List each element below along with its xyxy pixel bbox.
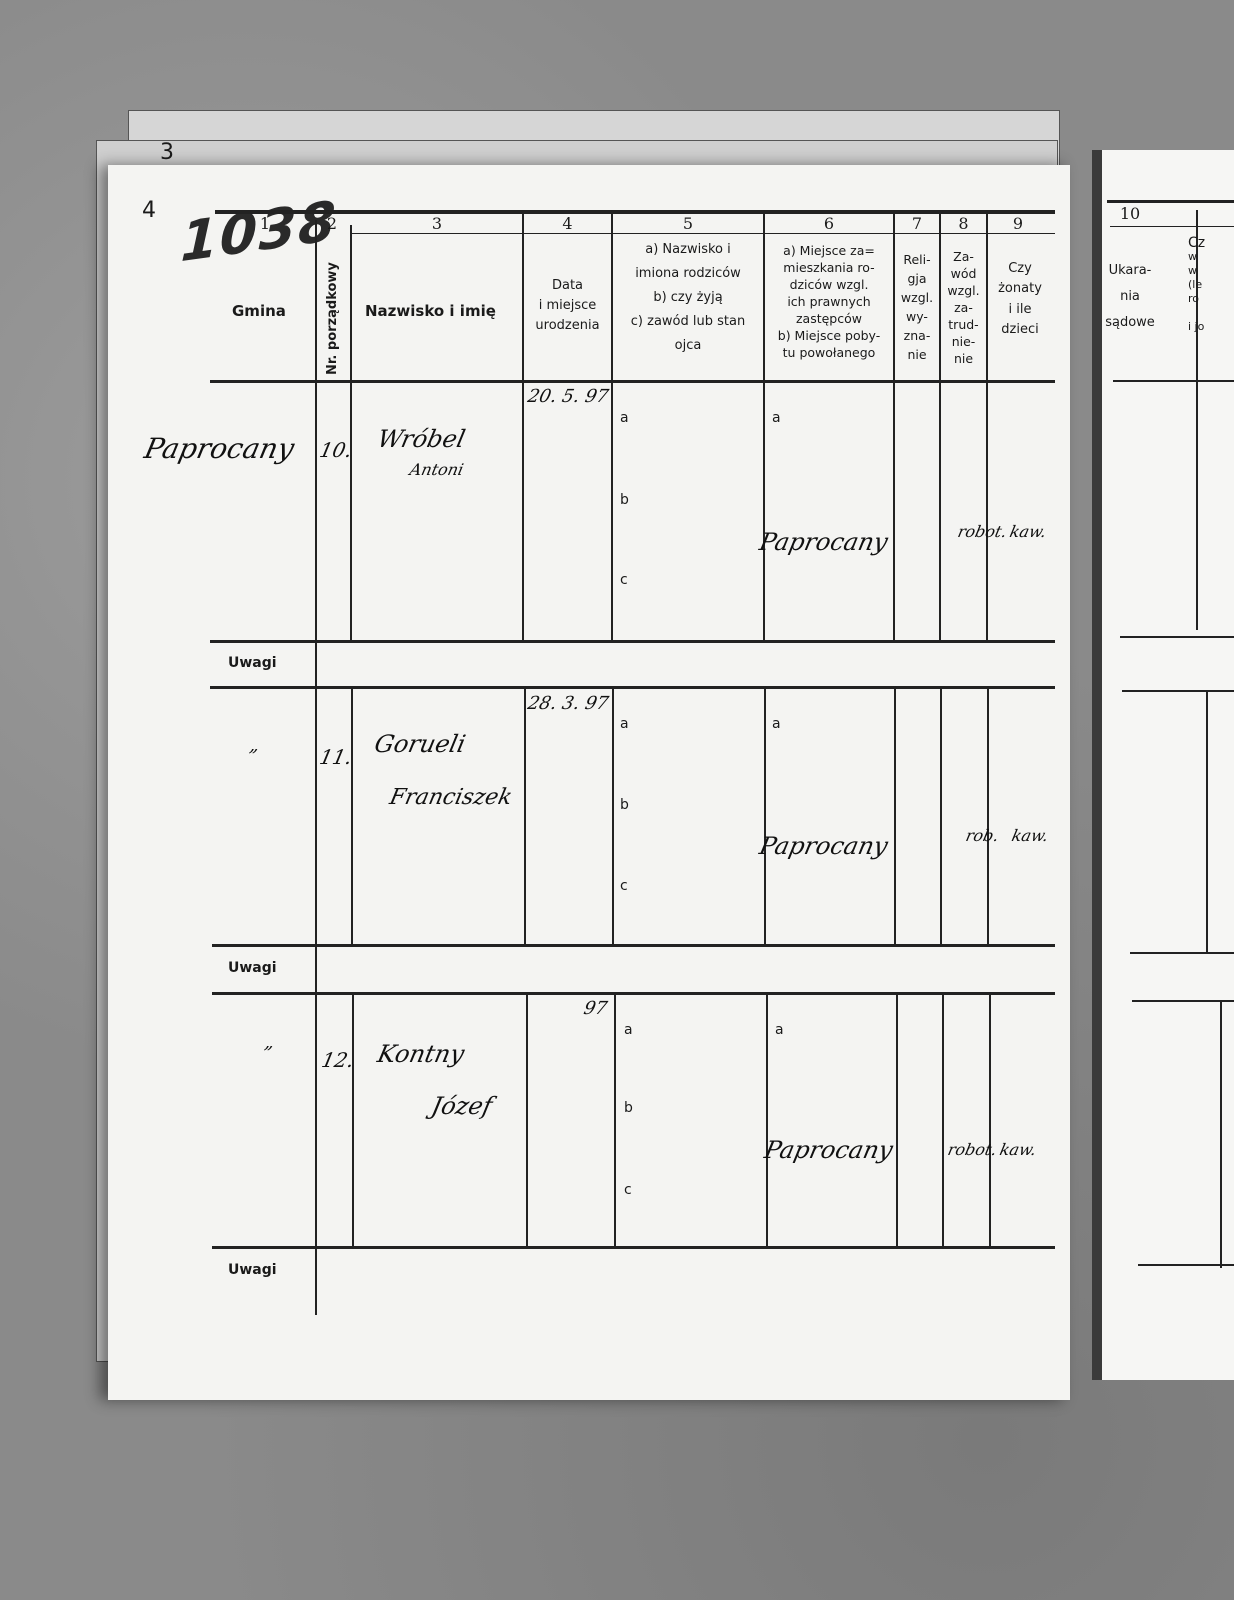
header-col6-l6: b) Miejsce poby- [765,327,893,344]
header-col8-l1: Za- [941,248,986,265]
entry-1-gmina: Paprocany [141,432,297,465]
entry-3-given-name: Józef [429,1092,495,1120]
header-col8-l2: wód [941,265,986,282]
facing-uwagi1-bottom [1122,690,1234,692]
col-divider-3-r3 [526,994,528,1248]
entry-3-col5-a: a [624,1022,633,1038]
header-col4-l1: Data [524,276,611,296]
header-col8-l6: nie- [941,333,986,350]
entry-1-col5-c: c [620,572,628,588]
entry-1-col5-a: a [620,410,629,426]
header-col8: Za- wód wzgl. za- trud- nie- nie [941,248,986,367]
header-gmina: Gmina [232,302,286,320]
header-col9: Czy żonaty i ile dzieci [988,255,1052,337]
header-col8-l3: wzgl. [941,282,986,299]
col-divider-5-r2 [764,688,766,944]
entry-2-nr: 11. [317,745,354,769]
header-col7-l5: zna- [895,326,939,345]
header-bottom-rule [210,380,1055,383]
header-col8-l4: za- [941,299,986,316]
entry-2-col5-b: b [620,797,629,813]
entry-2-col5-a: a [620,716,629,732]
header-col6-l7: tu powołanego [765,344,893,361]
entry-1-residence: Paprocany [757,528,890,556]
header-col6-l3: dziców wzgl. [765,276,893,293]
row2-bottom-rule [212,944,1055,947]
header-col9-l4: dzieci [988,323,1052,337]
page-mark-top: 3 [160,140,174,165]
header-col8-l7: nie [941,350,986,367]
col-divider-6-r2 [894,688,896,944]
entry-2-remarks-label: Uwagi [228,960,277,976]
header-col4-l2: i miejsce [524,296,611,316]
entry-2-col5-c: c [620,878,628,894]
col-divider-7-r2 [940,688,942,944]
facing-top-rule [1107,200,1234,203]
facing-col-divider-r3 [1220,1002,1222,1268]
col-divider-4-r3 [614,994,616,1248]
entry-2-residence: Paprocany [757,832,890,860]
entry-2-given-name: Franciszek [387,785,514,810]
facing-row3-bottom [1138,1264,1234,1266]
page-mark-side: 4 [142,198,156,223]
entry-1-birth-date: 20. 5. 97 [526,386,611,407]
header-col7-l6: nie [895,345,939,364]
col-num-4: 4 [524,214,611,233]
entry-3-col5-b: b [624,1100,633,1116]
entry-2-birth-date: 28. 3. 97 [526,693,611,714]
header-col10-l3: sądowe [1098,310,1162,336]
entry-2-occupation: rob. [964,826,1001,845]
col-num-2: 2 [322,214,342,233]
col-divider-6-r3 [896,994,898,1248]
entry-3-col6-a: a [775,1022,784,1038]
entry-3-remarks-label: Uwagi [228,1262,277,1278]
entry-1-col6-a: a [772,410,781,426]
facing-header-bottom [1113,380,1234,382]
facing-uwagi2-bottom [1132,1000,1234,1002]
entry-3-birth-date: 97 [582,998,609,1019]
col-num-5: 5 [613,214,763,233]
header-col11-partial: Cz w w (le ro i jo [1188,236,1234,334]
facing-row2-bottom [1130,952,1234,954]
header-col7-l3: wzgl. [895,288,939,307]
col-divider-3-r2 [524,688,526,944]
entry-2-col6-a: a [772,716,781,732]
entry-1-given-name: Antoni [408,460,465,479]
entry-1-occupation: robot. [956,522,1009,541]
header-col6-l4: ich prawnych [765,293,893,310]
entry-2-surname: Gorueli [372,730,468,758]
col-num-1: 1 [255,214,275,233]
col-divider-2-r2 [351,688,353,944]
header-col4-l3: urodzenia [524,316,611,336]
entry-1-marital: kaw. [1008,522,1048,541]
header-col9-l2: żonaty [988,282,1052,296]
row3-bottom-rule [212,1246,1055,1249]
col-num-7: 7 [895,214,939,233]
header-col9-l3: i ile [988,296,1052,323]
entry-3-marital: kaw. [998,1140,1038,1159]
header-col6-l5: zastępców [765,310,893,327]
header-col5-b: b) czy żyją [613,286,763,310]
header-col5-a: a) Nazwisko i [613,238,763,262]
col-divider-4-r2 [612,688,614,944]
header-col7-l2: gja [895,269,939,288]
header-col11-l3: w [1188,264,1234,278]
entry-1-remarks-label: Uwagi [228,655,277,671]
entry-1-nr: 10. [317,438,354,462]
header-col11-l5: ro [1188,292,1234,306]
header-col5-c2: ojca [613,334,763,358]
header-col8-l5: trud- [941,316,986,333]
header-col10: Ukara- nia sądowe [1098,258,1162,336]
entry-3-nr: 12. [319,1048,356,1072]
header-col5-a2: imiona rodziców [613,262,763,286]
header-col4: Data i miejsce urodzenia [524,276,611,336]
header-col5: a) Nazwisko i imiona rodziców b) czy żyj… [613,238,763,358]
header-col11-l2: w [1188,250,1234,264]
uwagi2-bottom-rule [212,992,1055,995]
header-col10-l1: Ukara- [1098,258,1162,284]
col-divider-7-r3 [942,994,944,1248]
col-num-9: 9 [988,214,1048,233]
header-nazwisko-imie: Nazwisko i imię [365,302,496,320]
col-divider-8-r2 [987,688,989,944]
entry-3-occupation: robot. [946,1140,999,1159]
uwagi1-bottom-rule [210,686,1055,689]
facing-num-rule [1110,226,1234,227]
header-col11-l6: i jo [1188,320,1234,334]
facing-row1-bottom [1120,636,1234,638]
header-col10-l2: nia [1098,284,1162,310]
header-col6-l1: a) Miejsce za= [765,242,893,259]
col-divider-2 [350,225,352,640]
header-col7-l1: Reli- [895,250,939,269]
col-num-3: 3 [352,214,522,233]
col-divider-5-r3 [766,994,768,1248]
header-col7-l4: wy- [895,307,939,326]
entry-1-surname: Wróbel [375,425,468,453]
header-col11-l4: (le [1188,278,1234,292]
row1-bottom-rule [210,640,1055,643]
col-divider-2-r3 [352,994,354,1248]
header-num-rule [350,233,1055,234]
entry-3-surname: Kontny [375,1040,467,1068]
col-num-8: 8 [941,214,986,233]
entry-1-col5-b: b [620,492,629,508]
entry-3-col5-c: c [624,1182,632,1198]
facing-col-divider-r2 [1206,692,1208,952]
entry-3-residence: Paprocany [762,1136,895,1164]
header-col6: a) Miejsce za= mieszkania ro- dziców wzg… [765,242,893,361]
col-num-6: 6 [765,214,893,233]
entry-2-marital: kaw. [1010,826,1050,845]
header-col6-l2: mieszkania ro- [765,259,893,276]
header-col11-l1: Cz [1188,236,1234,250]
header-nr-porzadkowy: Nr. porządkowy [325,262,340,375]
col-divider-8-r3 [989,994,991,1248]
col-num-10: 10 [1100,204,1160,223]
header-col9-l1: Czy [988,255,1052,282]
header-col5-c: c) zawód lub stan [613,310,763,334]
header-col7: Reli- gja wzgl. wy- zna- nie [895,250,939,364]
